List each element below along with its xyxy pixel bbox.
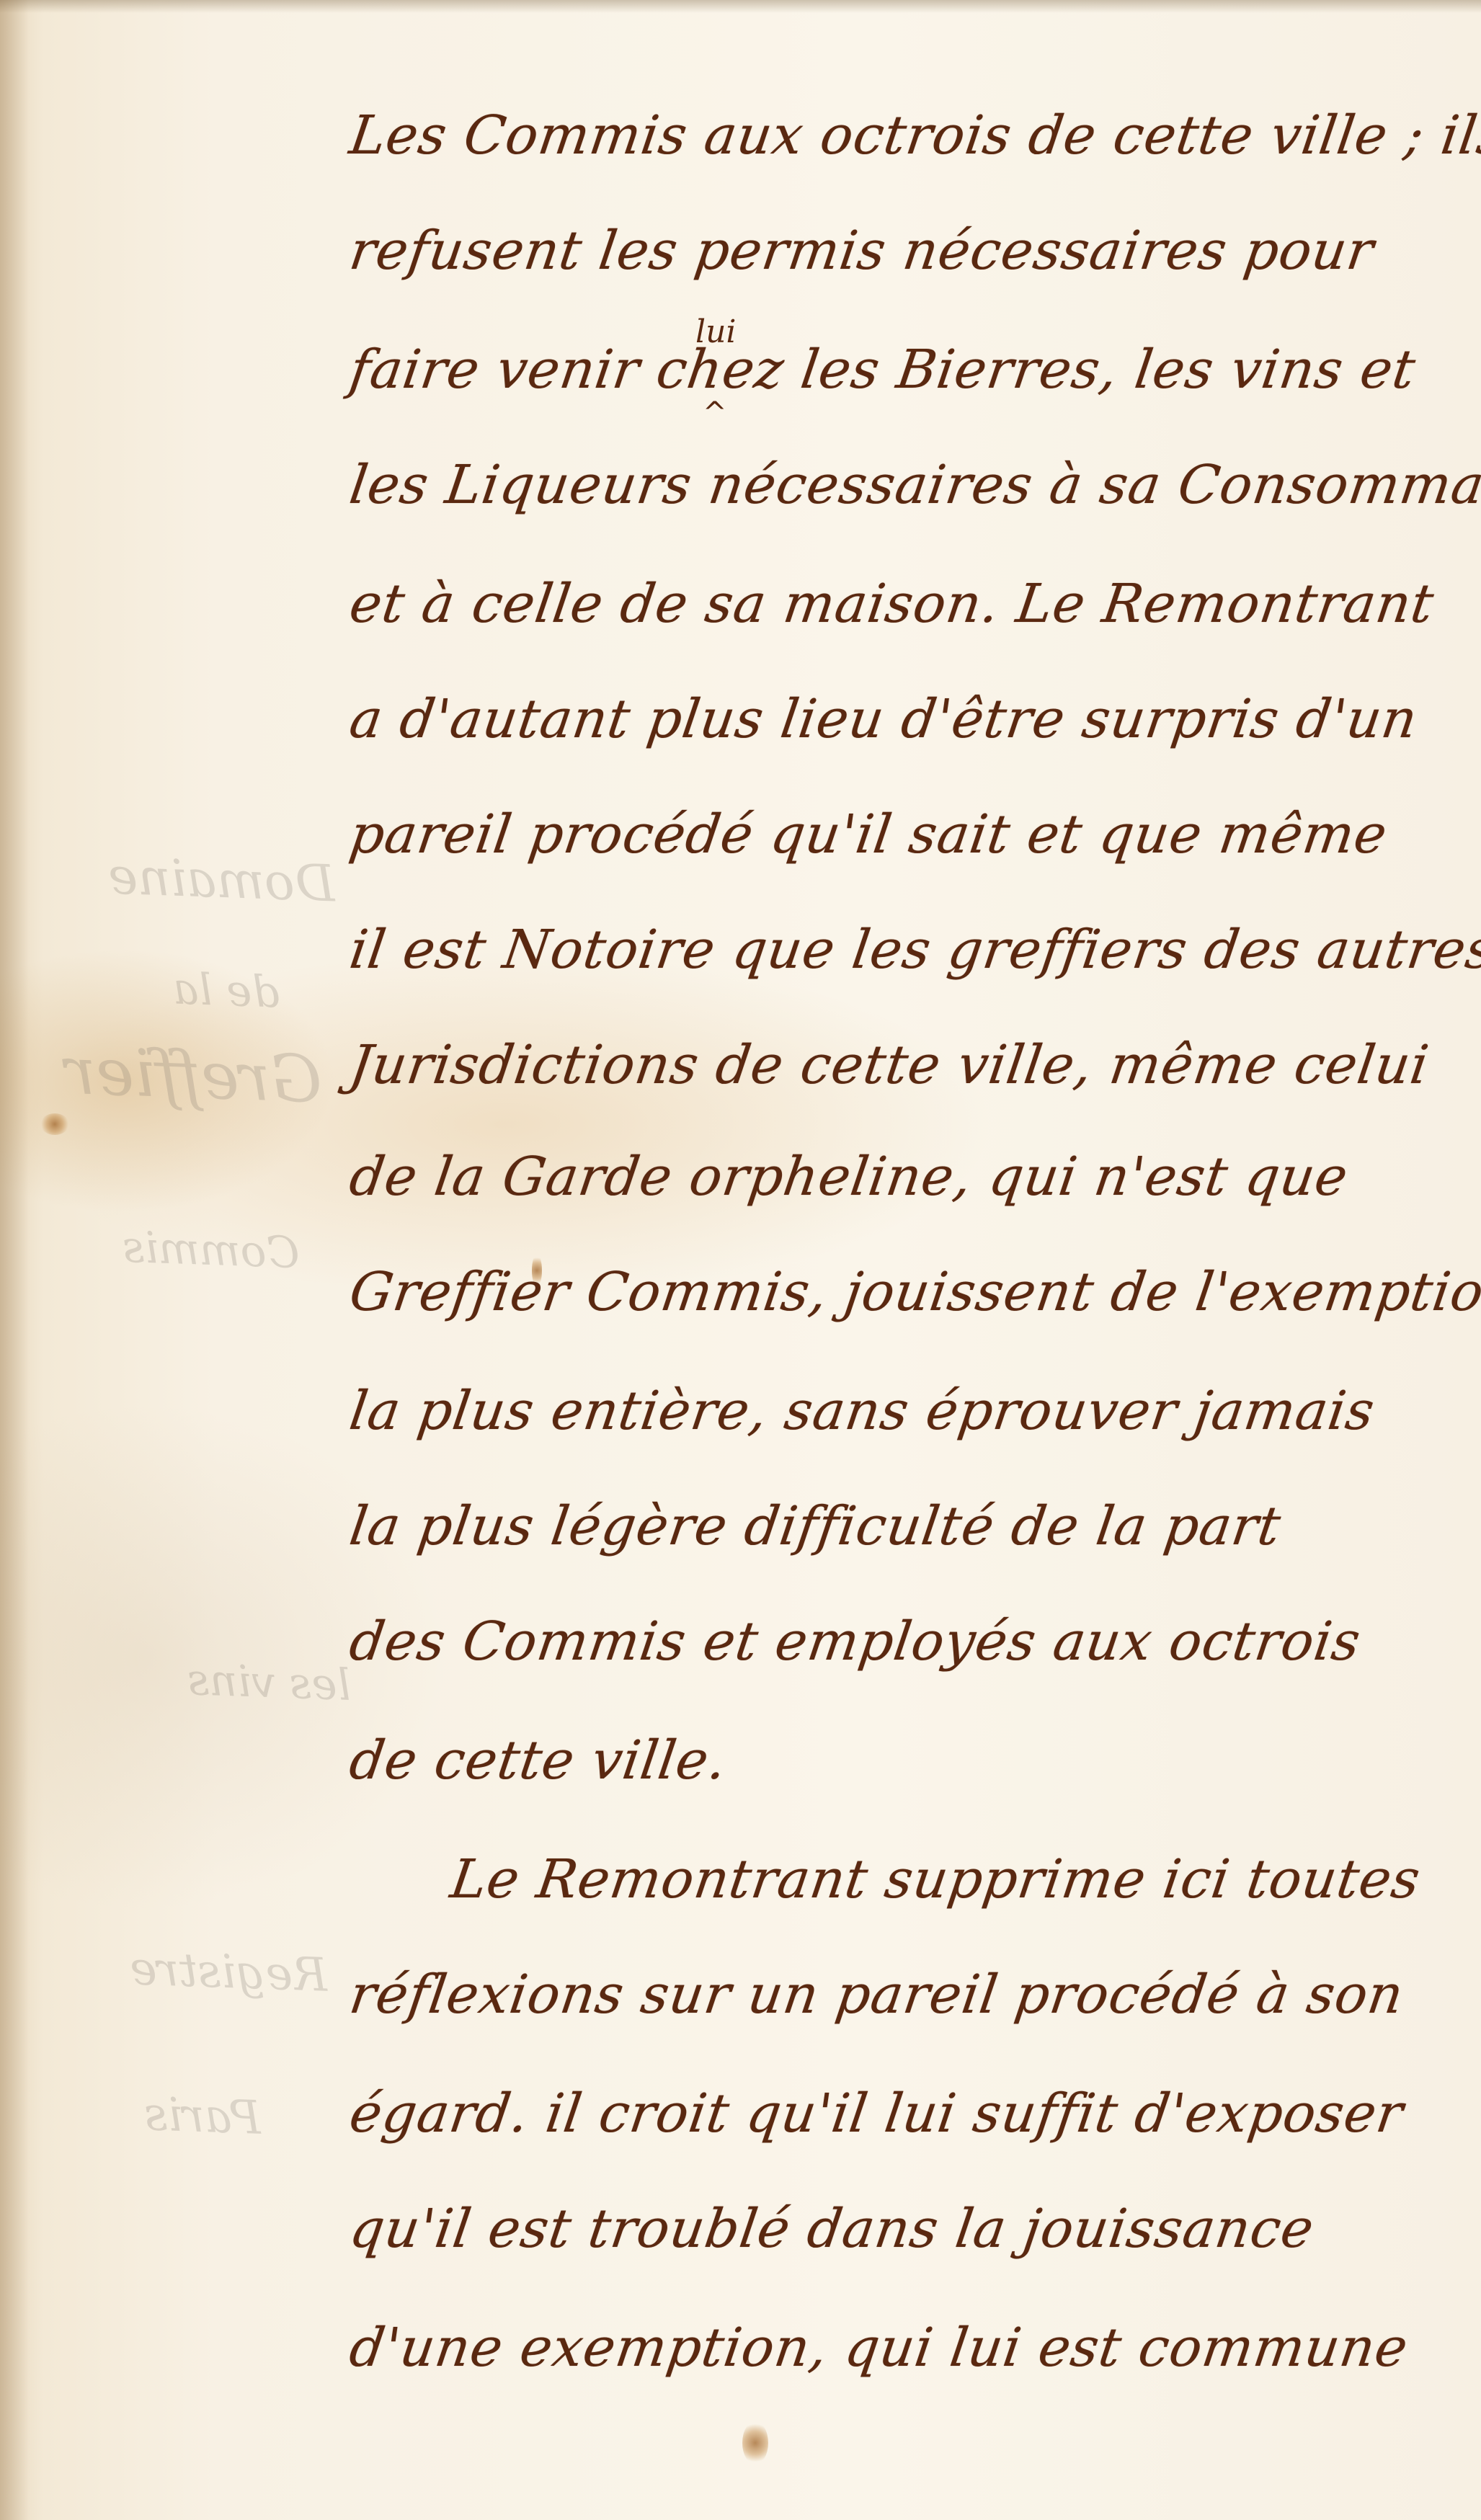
bleed-through-text: les vins [187,1655,352,1711]
manuscript-line: Greffier Commis, jouissent de l'exemptio… [346,1261,1481,1323]
manuscript-line: il est Notoire que les greffiers des aut… [346,919,1481,981]
manuscript-line: de cette ville. [346,1729,731,1791]
manuscript-line: la plus entière, sans éprouver jamais [346,1380,1379,1442]
manuscript-line: les Liqueurs nécessaires à sa Consommati… [346,454,1481,516]
manuscript-line: faire venir chez les Bierres, les vins e… [346,339,1420,401]
bleed-through-text: Registre [129,1942,329,2003]
manuscript-line: égard. il croit qu'il lui suffit d'expos… [346,2083,1407,2145]
manuscript-line: des Commis et employés aux octrois [346,1611,1364,1673]
manuscript-line: refusent les permis nécessaires pour [346,220,1378,282]
ink-stain [742,2421,768,2465]
manuscript-line: réflexions sur un pareil procédé à son [346,1964,1407,2026]
insertion-caret: ^ [703,396,727,429]
ink-stain [40,1113,69,1135]
bleed-through-text: Paris [143,2088,262,2145]
manuscript-line: a d'autant plus lieu d'être surpris d'un [346,688,1421,750]
page-edge-shadow [0,0,29,2520]
manuscript-line: Jurisdictions de cette ville, même celui [346,1034,1433,1096]
bleed-through-text: Greffier [63,1033,323,1118]
manuscript-line: Le Remontrant supprime ici toutes [447,1848,1424,1910]
manuscript-line: et à celle de sa maison. Le Remontrant [346,573,1438,635]
bleed-through-text: Commis [122,1222,301,1279]
interlinear-insertion: lui [695,313,736,350]
manuscript-page: Domaine de la Greffier Commis les vins R… [0,0,1481,2520]
manuscript-line: pareil procédé qu'il sait et que même [346,803,1391,865]
manuscript-line: la plus légère difficulté de la part [346,1495,1285,1557]
manuscript-line: Les Commis aux octrois de cette ville ; … [346,104,1481,166]
bleed-through-text: de la [172,963,280,1018]
manuscript-line: qu'il est troublé dans la jouissance [346,2198,1318,2260]
bleed-through-text: Domaine [107,847,337,914]
page-top-shadow [0,0,1481,13]
manuscript-line: d'une exemption, qui lui est commune [346,2317,1412,2379]
manuscript-line: de la Garde orpheline, qui n'est que [346,1146,1352,1208]
